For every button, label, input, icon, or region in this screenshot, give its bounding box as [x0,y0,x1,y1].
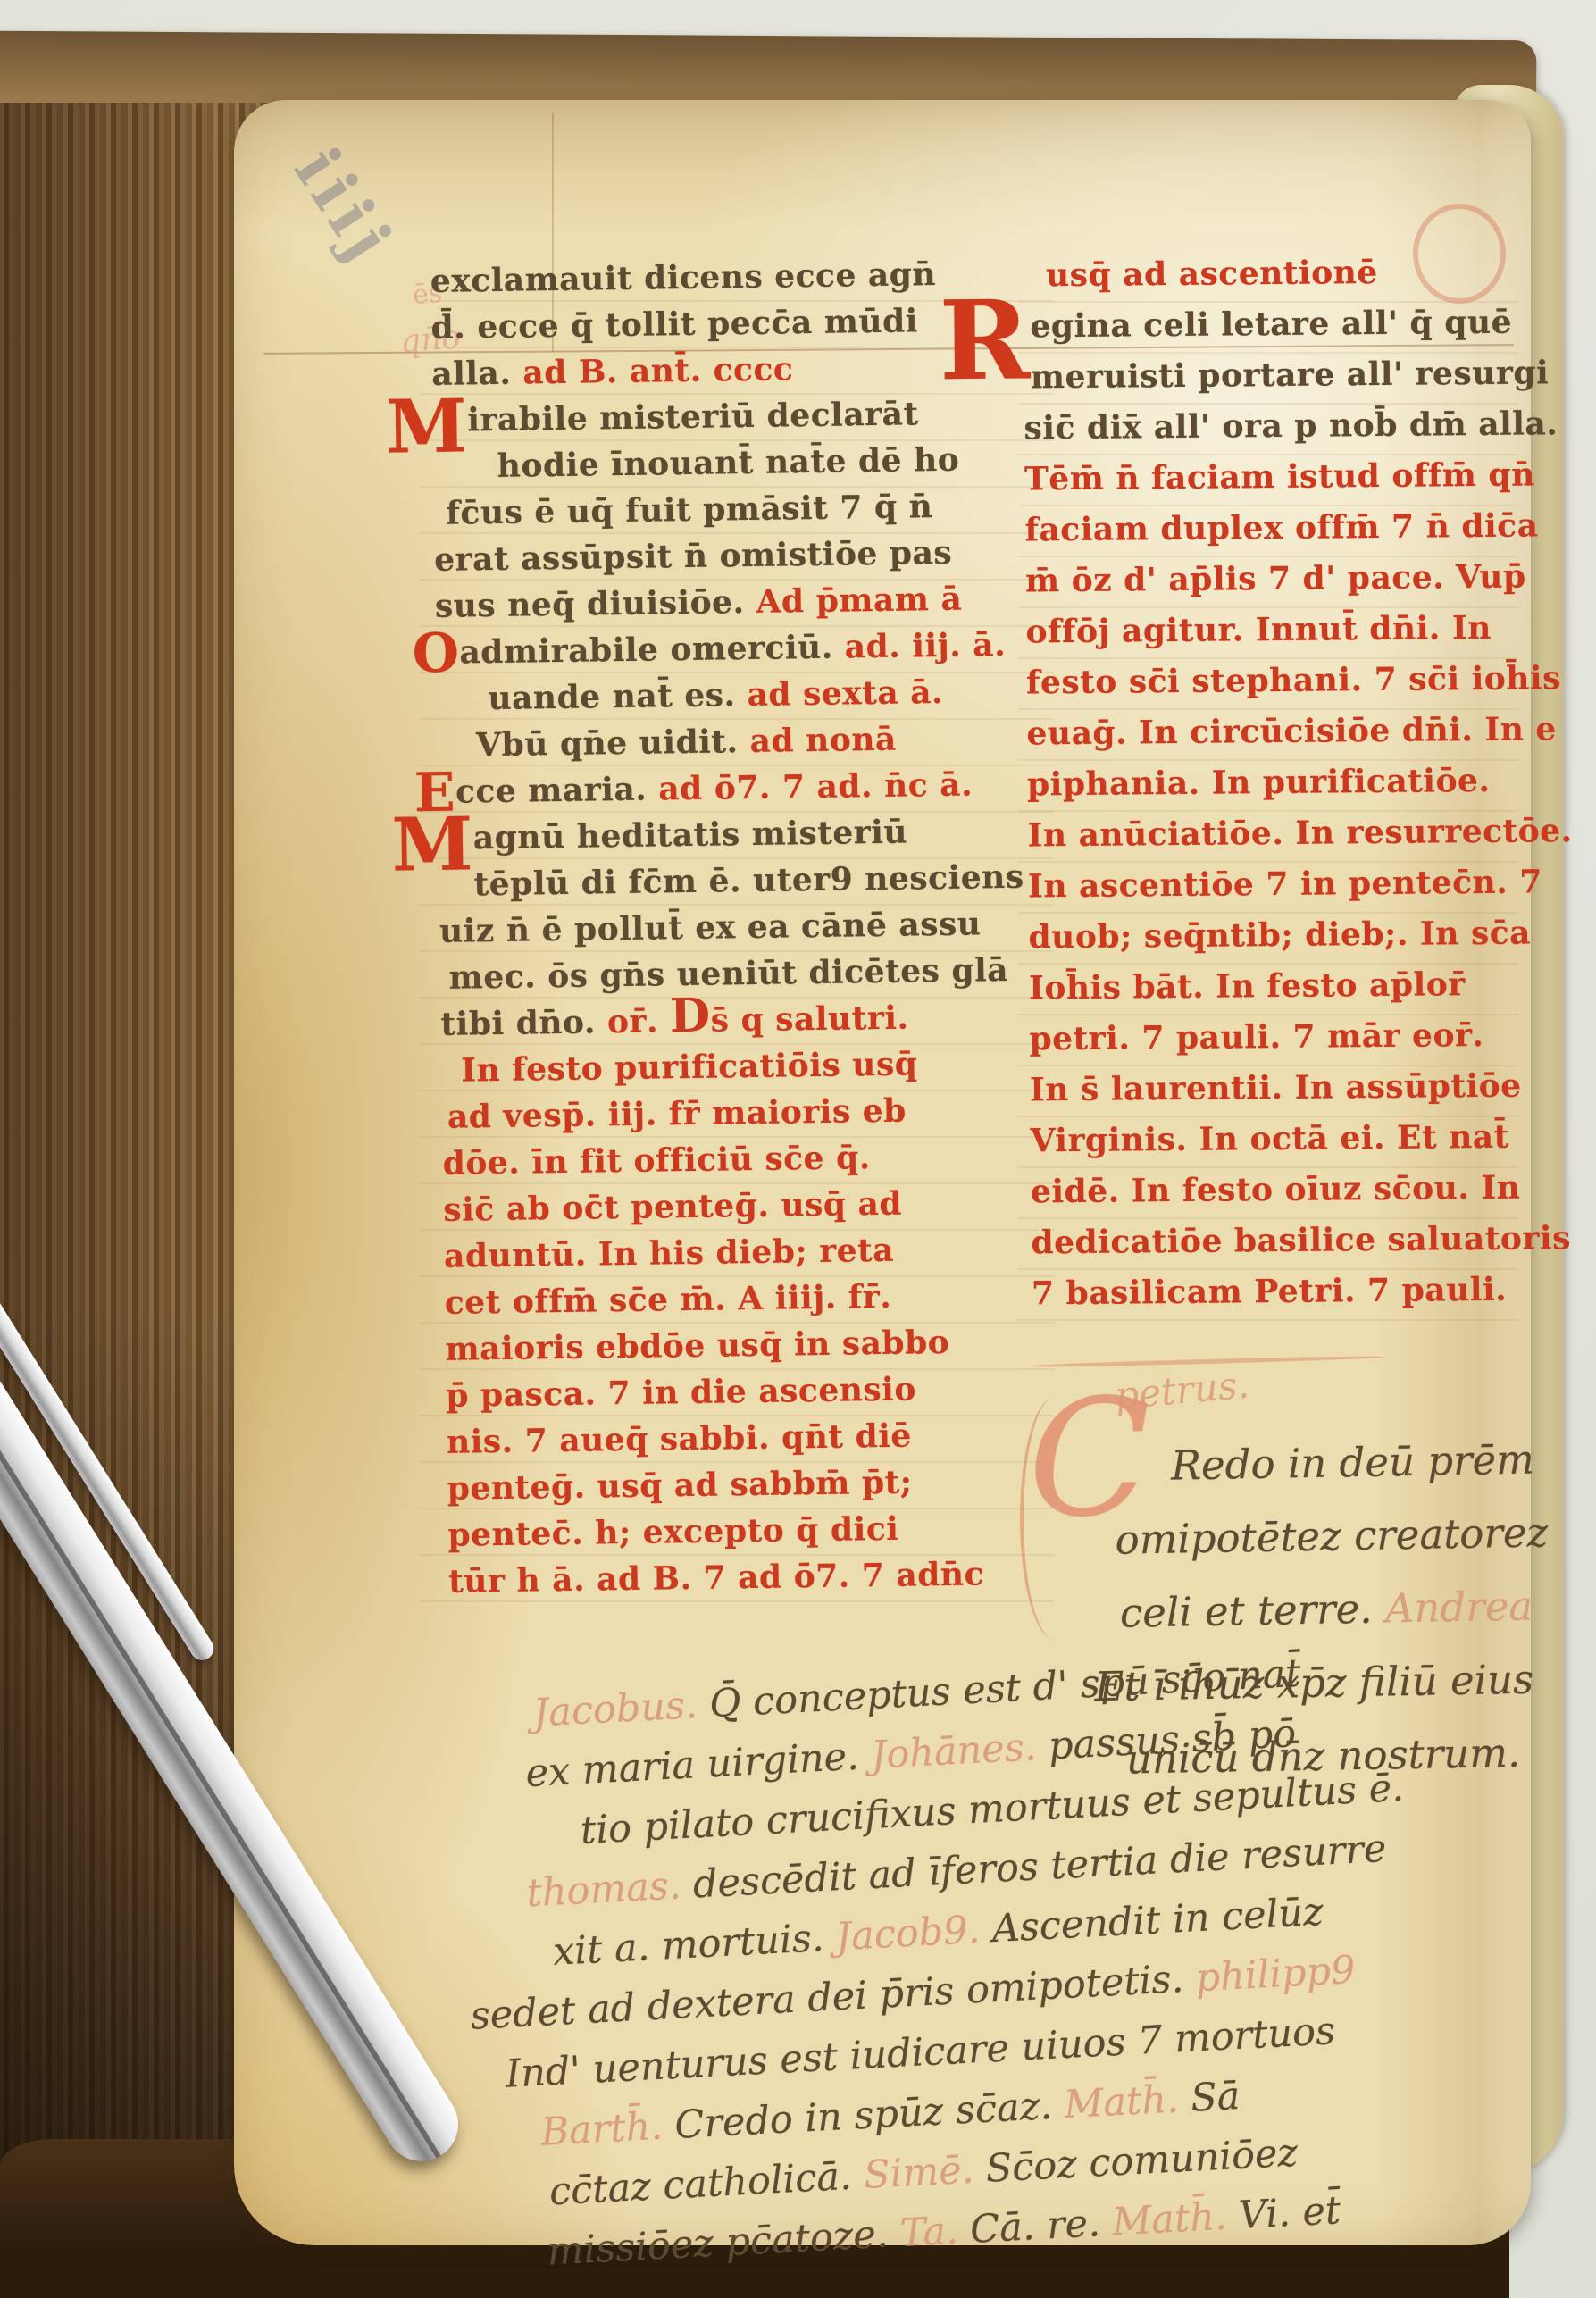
text-segment: thomas. [525,1863,694,1917]
text-segment: Math̄. [1063,2077,1191,2127]
illuminated-initial: C [1027,1396,1152,1524]
text-segment: xit a. mortuis. [552,1915,837,1975]
text-segment: Ascendit in celūz [990,1890,1324,1951]
text-segment: Johānes. [870,1725,1049,1778]
text-segment: Sā [1190,2074,1241,2121]
text-segment: Cā. re. [969,2201,1114,2252]
text-segment: sus neq̄ diuisiōe. [435,583,756,625]
text-segment: celi et terre. [1120,1584,1386,1636]
text-line: Vbū qn̄e uidit. ad nonā [476,714,1063,768]
text-segment: Math̄. [1111,2194,1240,2244]
text-segment: egina celi letare all' q̄ quē [1030,304,1512,346]
text-line: ad vesp̄. iij. fr̄ maioris eb [447,1085,1068,1141]
text-line: omipotētez creatorez [1115,1496,1573,1577]
illuminated-initial: O [412,633,459,676]
text-segment: euaḡ. In circūcisiōe dn̄i. In e [1026,710,1557,752]
text-segment: irabile misteriū declarāt [467,395,919,439]
text-line: hodie īnouant̄ nat̄e dē ho [497,435,1058,489]
illuminated-initial: M [391,816,473,874]
text-segment: ad vesp̄. iij. fr̄ maioris eb [447,1092,907,1136]
text-line: tēplū di fc̄m ē. uter9 nesciens [455,853,1065,908]
text-line: duob; seq̄ntib; dieb;. In sc̄a [1028,908,1528,964]
text-segment: In festo purificatiōis usq̄ [461,1045,918,1089]
text-segment: hodie īnouant̄ nat̄e dē ho [497,441,959,485]
text-segment: Vi. et̄ [1238,2188,1342,2238]
text-segment: Simē. [863,2147,987,2198]
text-segment: petri. 7 pauli. 7 mār eor̄. [1029,1016,1483,1057]
text-segment: In s̄ laurentii. In assūptiōe [1030,1067,1522,1109]
text-segment: penteḡ. usq̄ ad sabbm̄ p̄t; [447,1464,912,1508]
text-line: petri. 7 pauli. 7 mār eor̄. [1029,1010,1529,1065]
text-segment: ad ō7. 7 ad. n̄c ā. [658,766,973,808]
text-segment: cce maria. [455,770,659,810]
text-segment: usq̄ ad ascentionē [1046,254,1378,294]
text-line: 7 basilicam Petri. 7 pauli. [1032,1265,1532,1320]
text-segment: tibi dn̄o. [440,1003,607,1043]
text-segment: tūr h ā. ad B. 7 ad ō7. 7 adn̄c [448,1555,984,1600]
text-line: In ascentiōe 7 in pentec̄n. 7 [1028,857,1528,913]
text-segment: Ad p̄mam ā [756,581,962,621]
text-segment: ad B. ant̄. cccc [522,350,793,391]
text-segment: uiz n̄ ē pollut̄ ex ea cānē assu [439,905,982,949]
text-line: faciam duplex offm̄ 7 n̄ dic̄a [1024,501,1525,556]
text-line: m̄ ōz d' ap̄lis 7 d' pace. Vup̄ [1025,552,1525,607]
text-segment: omipotētez creatorez [1115,1508,1549,1563]
text-segment: sic̄ dix̄ all' ora p nob̄ dm̄ alla. [1024,405,1558,447]
text-segment: Jacobus. [532,1682,711,1735]
text-segment: ad sexta ā. [747,673,943,714]
text-segment: D [669,989,711,1044]
text-segment: Jacob9. [835,1907,993,1960]
text-segment: exclamauit dicens ecce agn̄ [430,255,937,300]
text-segment: mec. ōs gn̄s ueniūt dicētes glā [448,951,1008,997]
text-line: dedicatiōe basilice saluatoris [1031,1214,1531,1269]
text-segment: ex maria uirgine. [524,1734,872,1796]
text-segment: piphania. In purificatiōe. [1027,762,1491,804]
text-segment: sic̄ ab oc̄t penteḡ. usq̄ ad [443,1185,902,1229]
text-segment: or̄. [607,1002,671,1040]
text-line: eidē. In festo oīuz sc̄ou. In [1031,1163,1531,1218]
text-segment: Redo in deū prēm [1171,1436,1535,1490]
text-line: Virginis. In octā ei. Et nat̄ [1030,1112,1530,1167]
text-line: offōj agitur. Innut̄ dn̄i. In [1025,603,1525,658]
text-segment: admirabile omerciū. [459,629,845,672]
text-line: mec. ōs gn̄s ueniūt dicētes glā [448,946,1065,1001]
text-segment: dedicatiōe basilice saluatoris [1031,1219,1571,1261]
text-segment: In anūciatiōe. In resurrectōe. [1027,812,1572,854]
text-line: Ioh̄is bāt. In festo ap̄lor̄ [1029,959,1529,1015]
text-segment: 7 basilicam Petri. 7 pauli. [1032,1271,1508,1313]
text-line: Ecce maria. ad ō7. 7 ad. n̄c ā. [437,760,1063,815]
text-segment: Tēm̄ n̄ faciam istud offm̄ qn̄ [1024,455,1535,497]
text-line: Redo in deū prēm [1170,1423,1571,1503]
text-line: Oadmirabile omerciū. ad. iij. ā. [435,621,1061,676]
text-segment: Ioh̄is bāt. In festo ap̄lor̄ [1029,965,1466,1007]
text-segment: cc̄taz catholicā. [548,2153,865,2214]
text-line: piphania. In purificatiōe. [1027,756,1527,811]
text-segment: uande nat̄ es. [488,676,748,717]
text-line: usq̄ ad ascentionē [1046,247,1523,302]
illuminated-initial: M [386,398,468,456]
text-segment: alla. [431,355,523,393]
text-segment: d̄. ecce q̄ tollit pecc̄a mūdi [430,302,918,347]
text-segment: missiōez pc̄atoze. [546,2211,901,2275]
text-line: sic̄ dix̄ all' ora p nob̄ dm̄ alla. [1024,399,1524,455]
text-segment: pentec̄. h; excepto q̄ dici [447,1510,898,1554]
text-segment: cet offm̄ sc̄e m̄. A iiij. fr̄. [445,1278,892,1322]
text-segment: p̄ pasca. 7 in die ascensio [446,1370,916,1414]
text-segment: ad nonā [749,721,897,760]
text-line: Tēm̄ n̄ faciam istud offm̄ qn̄ [1024,450,1525,506]
text-segment: agnū heditatis misteriū [473,814,908,857]
text-segment: Andrea [1384,1583,1533,1633]
text-segment: Barth̄. [539,2103,676,2155]
text-segment: Vbū qn̄e uidit. [476,723,750,764]
text-line: uande nat̄ es. ad sexta ā. [488,667,1062,722]
right-text-column: usq̄ ad ascentionēRegina celi letare all… [1023,247,1532,1320]
text-segment: erat assūpsit n̄ omistiōe pas [434,534,952,579]
text-segment: maioris ebdōe usq̄ in sabbo [445,1324,949,1368]
text-segment: offōj agitur. Innut̄ dn̄i. In [1025,609,1492,651]
text-segment: eidē. In festo oīuz sc̄ou. In [1031,1169,1521,1211]
text-segment: m̄ ōz d' ap̄lis 7 d' pace. Vup̄ [1025,558,1526,600]
text-segment: s̄ q salutri. [710,999,908,1040]
text-line: tūr h ā. ad B. 7 ad ō7. 7 adn̄c [448,1550,1074,1605]
text-segment: nis. 7 aueq̄ sabbi. qn̄t diē [447,1417,912,1461]
text-line: In festo purificatiōis usq̄ [461,1039,1067,1093]
text-line: fc̄us ē uq̄ fuit pmāsit 7 q̄ n̄ [446,481,1059,537]
text-line: Regina celi letare all' q̄ quē [1023,297,1523,353]
text-segment: fc̄us ē uq̄ fuit pmāsit 7 q̄ n̄ [446,488,932,532]
text-segment: tēplū di fc̄m ē. uter9 nesciens [473,858,1024,904]
text-segment: philipp9 [1194,1948,1356,2001]
text-line: meruisti portare all' resurgi [1024,348,1524,404]
text-line: In anūciatiōe. In resurrectōe. [1027,806,1527,862]
text-segment: ad. iij. ā. [844,626,1006,666]
text-segment: dōe. īn fit officiū sc̄e q̄. [442,1139,871,1182]
text-segment: In ascentiōe 7 in pentec̄n. 7 [1028,863,1542,905]
left-text-column: exclamauit dicens ecce agn̄d̄. ecce q̄ t… [430,249,1074,1605]
text-segment: meruisti portare all' resurgi [1031,354,1550,396]
creed-cursive-block: Jacobus. Q̄ conceptus est d' spū sc̄o na… [531,1625,1596,2282]
text-segment: passus sb̄ pō [1048,1711,1298,1768]
text-line: festo sc̄i stephani. 7 sc̄i ioh̄is [1026,654,1526,709]
text-segment: Virginis. In octā ei. Et nat̄ [1030,1118,1509,1160]
text-segment: faciam duplex offm̄ 7 n̄ dic̄a [1024,506,1538,548]
text-segment: aduntū. In his dieb; reta [444,1232,895,1275]
text-segment: Sc̄oz comuniōez [984,2131,1299,2192]
text-segment: duob; seq̄ntib; dieb;. In sc̄a [1028,915,1531,957]
text-segment: Ta. [899,2208,972,2256]
text-line: In s̄ laurentii. In assūptiōe [1030,1061,1530,1116]
text-segment: festo sc̄i stephani. 7 sc̄i ioh̄is [1026,659,1561,701]
illuminated-initial: R [939,297,1031,383]
text-line: euaḡ. In circūcisiōe dn̄i. In e [1026,705,1526,760]
